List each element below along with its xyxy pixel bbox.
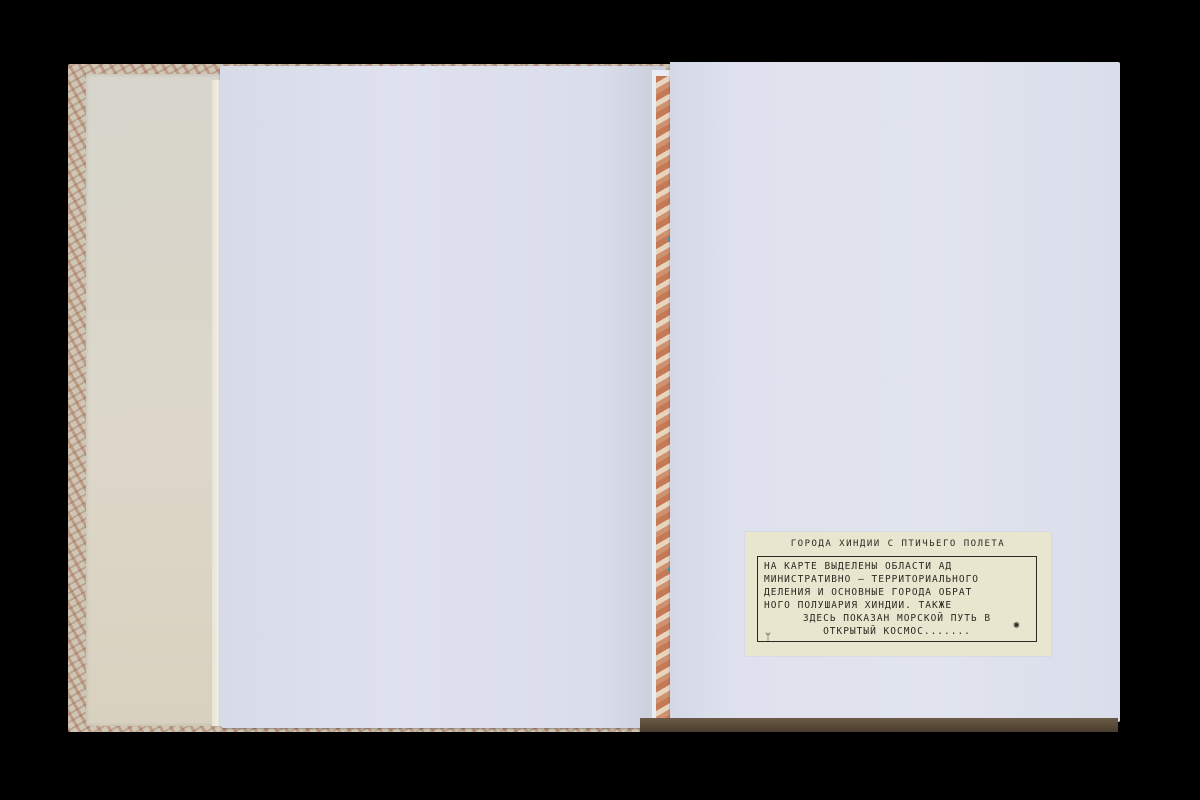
label-line: НА КАРТЕ ВЫДЕЛЕНЫ ОБЛАСТИ АД [764, 560, 1030, 573]
label-line: МИНИСТРАТИВНО — ТЕРРИТОРИАЛЬНОГО [764, 573, 1030, 586]
board-edge [640, 718, 1118, 732]
label-line: НОГО ПОЛУШАРИЯ ХИНДИИ. ТАКЖЕ [764, 599, 1030, 612]
label-line: ОТКРЫТЫЙ КОСМОС....... [764, 625, 1030, 638]
label-title: ГОРОДА ХИНДИИ С ПТИЧЬЕГО ПОЛЕТА [745, 539, 1051, 549]
label-line: ЗДЕСЬ ПОКАЗАН МОРСКОЙ ПУТЬ В [764, 612, 1030, 625]
label-body: НА КАРТЕ ВЫДЕЛЕНЫ ОБЛАСТИ АД МИНИСТРАТИВ… [757, 556, 1037, 642]
swirl-icon: ✺ [1013, 618, 1020, 631]
sprout-icon: ᛘ [765, 632, 771, 643]
left-page [220, 66, 666, 728]
caption-label: ГОРОДА ХИНДИИ С ПТИЧЬЕГО ПОЛЕТА НА КАРТЕ… [745, 532, 1051, 656]
label-line: ДЕЛЕНИЯ И ОСНОВНЫЕ ГОРОДА ОБРАТ [764, 586, 1030, 599]
endpaper [86, 74, 226, 726]
